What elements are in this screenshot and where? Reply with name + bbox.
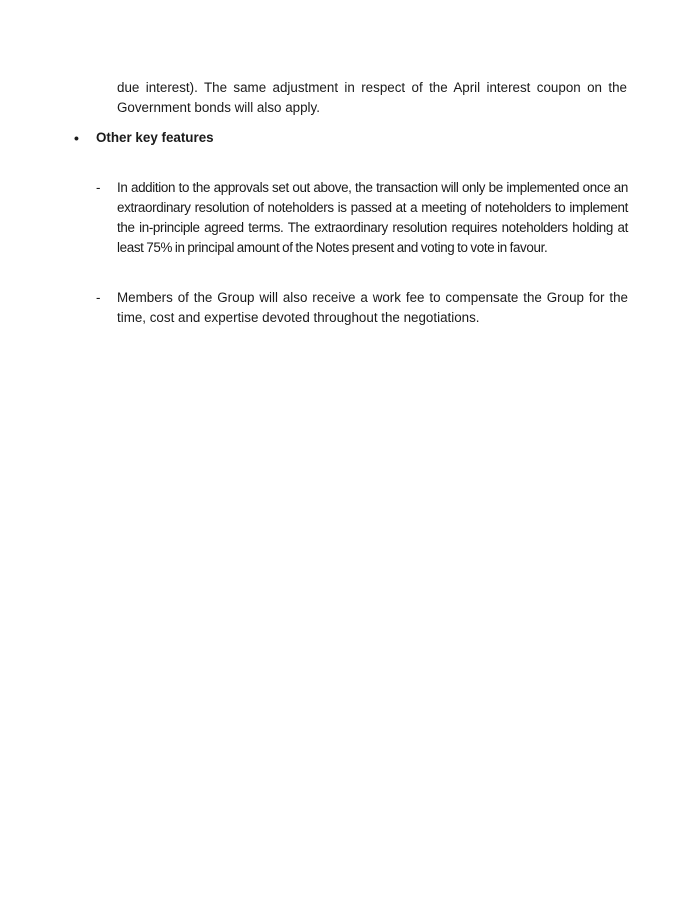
- dash-marker: -: [96, 288, 106, 308]
- list-item-text: Members of the Group will also receive a…: [117, 288, 628, 328]
- bullet-icon: •: [74, 128, 79, 148]
- section-bullet: • Other key features: [74, 128, 634, 148]
- dash-marker: -: [96, 178, 106, 198]
- document-page: due interest). The same adjustment in re…: [0, 0, 700, 900]
- continuation-paragraph: due interest). The same adjustment in re…: [117, 78, 627, 118]
- section-heading: Other key features: [96, 128, 214, 148]
- list-item-text: In addition to the approvals set out abo…: [117, 178, 628, 258]
